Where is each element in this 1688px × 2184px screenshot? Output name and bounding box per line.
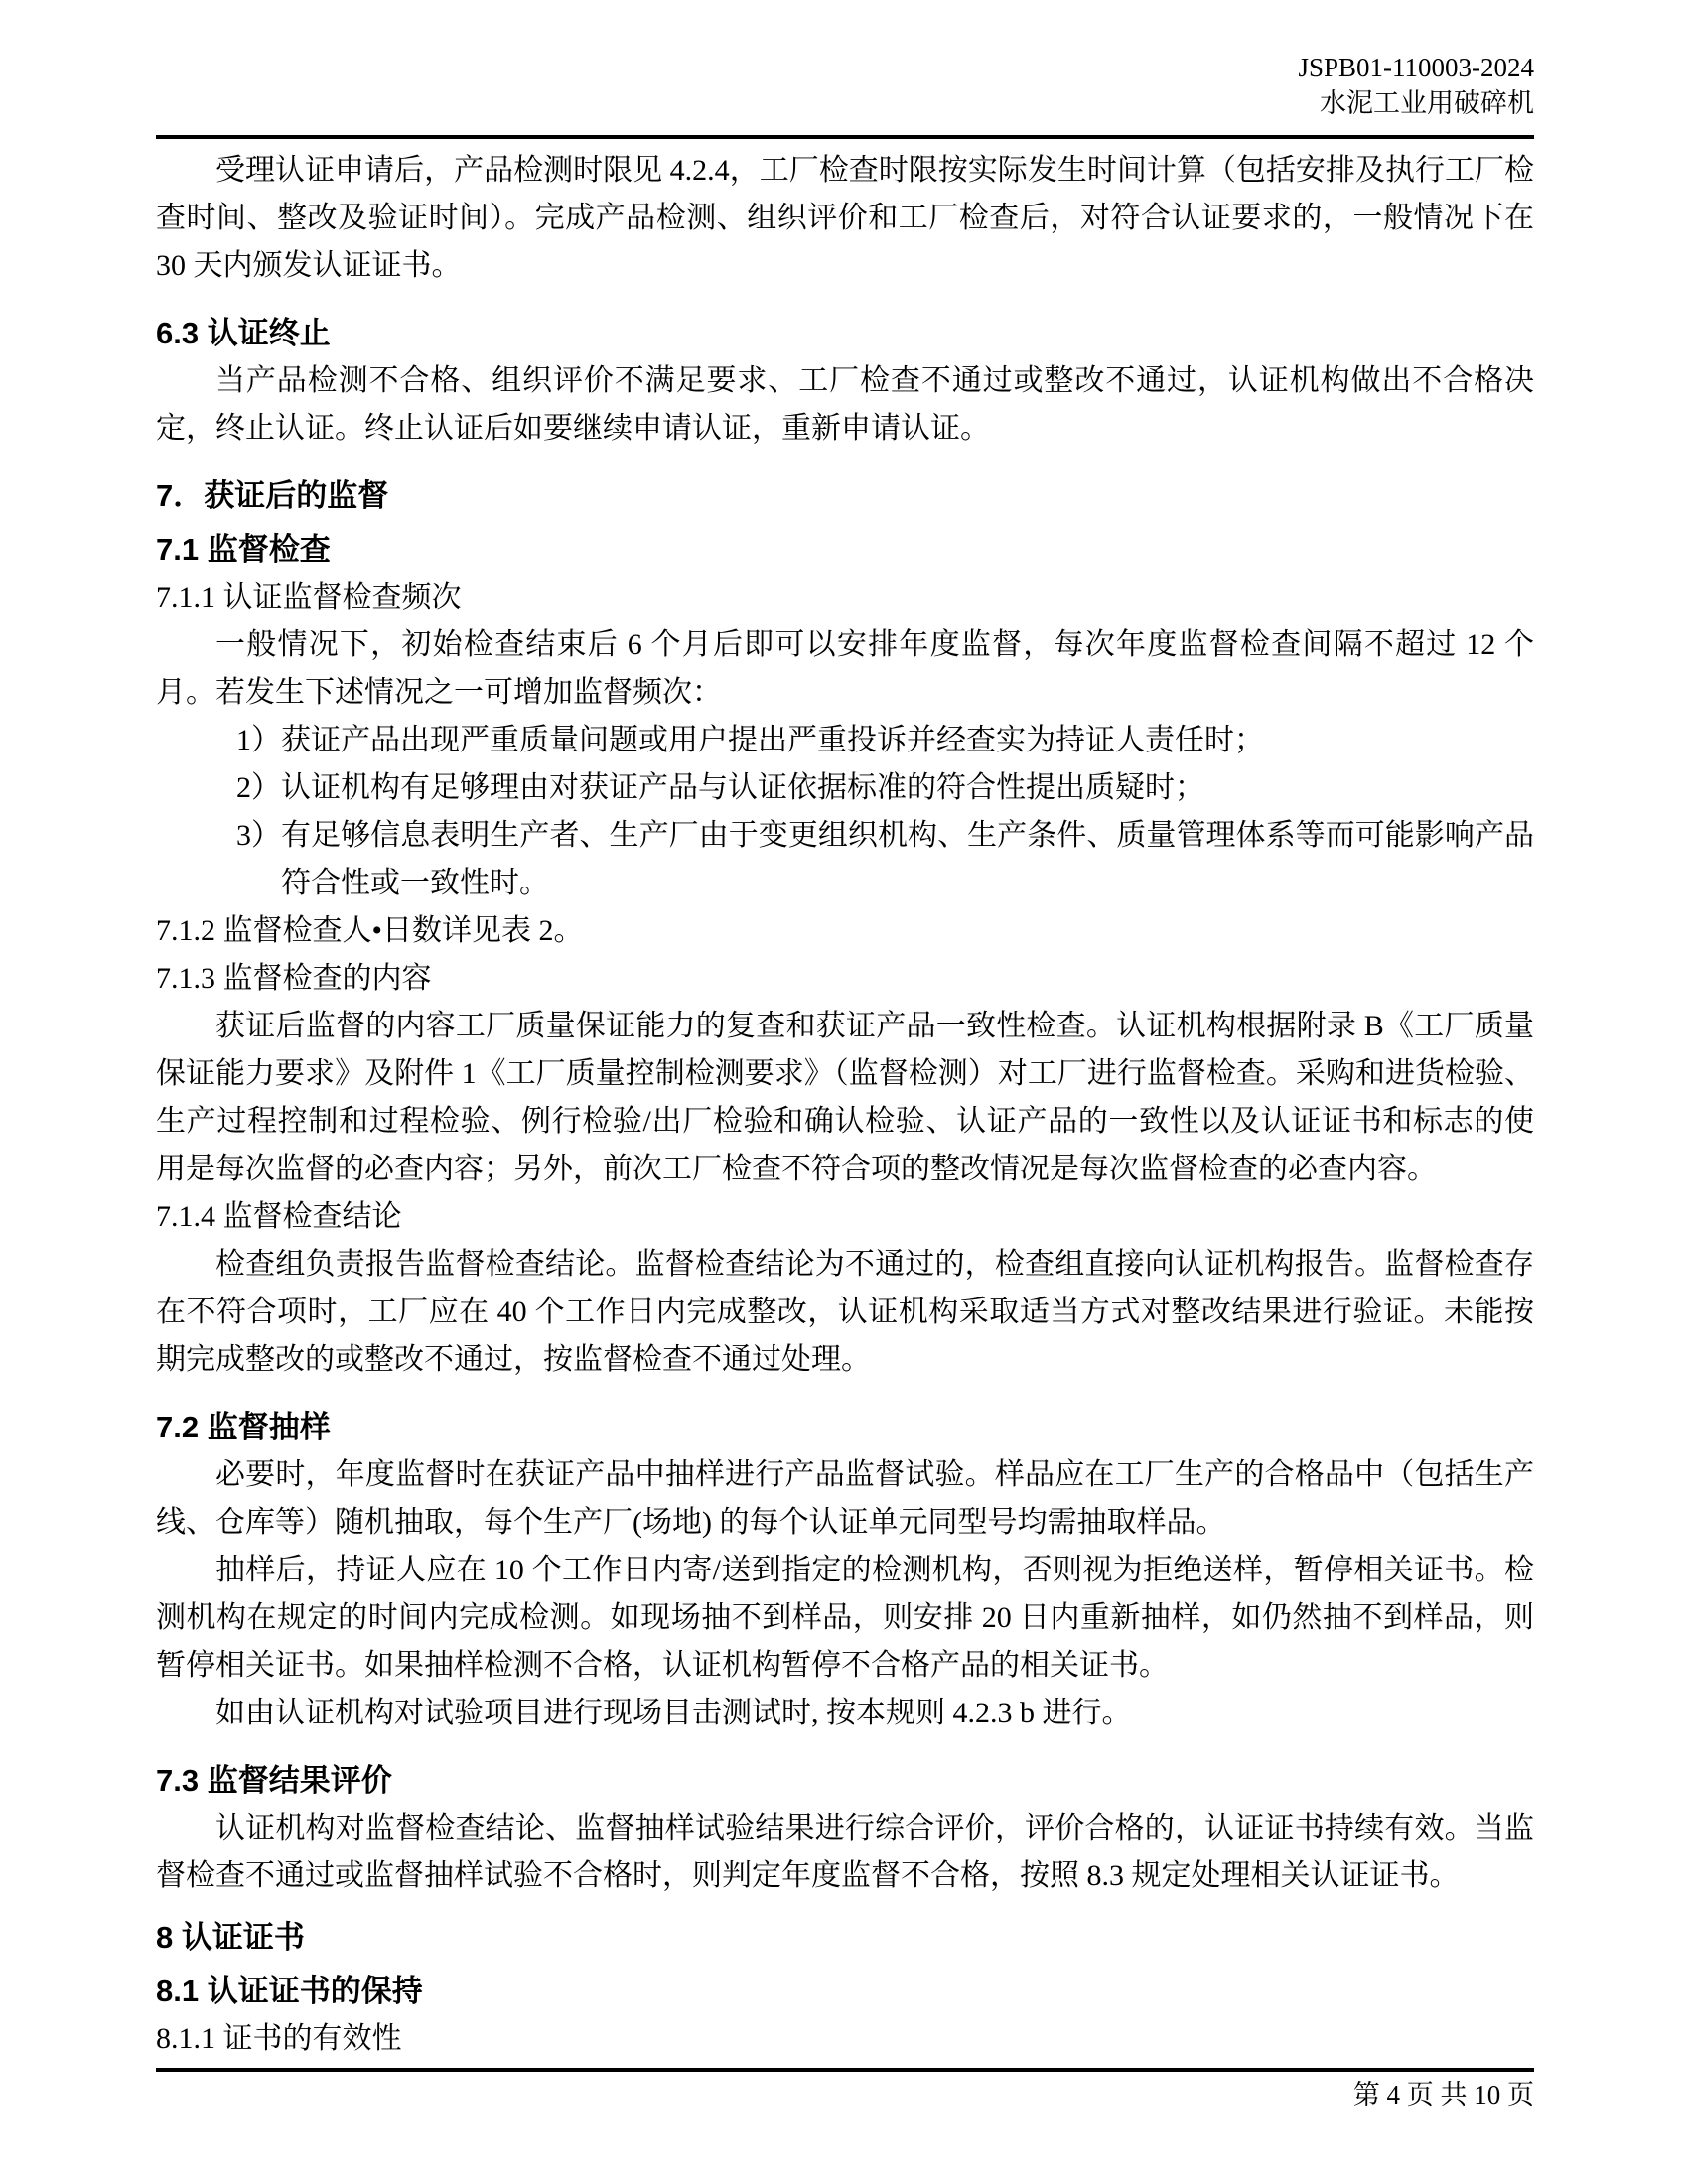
- list-item-text: 获证产品出现严重质量问题或用户提出严重投诉并经查实为持证人责任时；: [281, 717, 1534, 764]
- heading-7-1-2: 7.1.2 监督检查人•日数详见表 2。: [156, 907, 1534, 955]
- footer-rule: [156, 2068, 1534, 2072]
- heading-7-1-4: 7.1.4 监督检查结论: [156, 1193, 1534, 1241]
- header-rule: [156, 135, 1534, 139]
- list-item-number: 3）: [236, 812, 281, 907]
- document-code: JSPB01-110003-2024: [156, 50, 1534, 85]
- page-number: 第 4 页 共 10 页: [156, 2078, 1534, 2112]
- heading-7-1-1: 7.1.1 认证监督检查频次: [156, 574, 1534, 621]
- paragraph-6-3: 当产品检测不合格、组织评价不满足要求、工厂检查不通过或整改不通过，认证机构做出不…: [156, 357, 1534, 453]
- heading-7-1-3: 7.1.3 监督检查的内容: [156, 955, 1534, 1003]
- intro-paragraph: 受理认证申请后，产品检测时限见 4.2.4，工厂检查时限按实际发生时间计算（包括…: [156, 147, 1534, 290]
- heading-7: 7．获证后的监督: [156, 473, 1534, 520]
- heading-8-1-1: 8.1.1 证书的有效性: [156, 2015, 1534, 2063]
- page-footer: 第 4 页 共 10 页: [156, 2068, 1534, 2112]
- heading-8-1: 8.1 认证证书的保持: [156, 1968, 1534, 2015]
- list-item: 3） 有足够信息表明生产者、生产厂由于变更组织机构、生产条件、质量管理体系等而可…: [236, 812, 1534, 907]
- list-item-number: 1）: [236, 717, 281, 764]
- paragraph-7-2-1: 必要时，年度监督时在获证产品中抽样进行产品监督试验。样品应在工厂生产的合格品中（…: [156, 1451, 1534, 1547]
- paragraph-7-1-3: 获证后监督的内容工厂质量保证能力的复查和获证产品一致性检查。认证机构根据附录 B…: [156, 1003, 1534, 1193]
- document-name: 水泥工业用破碎机: [156, 85, 1534, 121]
- list-item: 2） 认证机构有足够理由对获证产品与认证依据标准的符合性提出质疑时；: [236, 764, 1534, 812]
- paragraph-7-3: 认证机构对监督检查结论、监督抽样试验结果进行综合评价，评价合格的，认证证书持续有…: [156, 1805, 1534, 1900]
- page-header: JSPB01-110003-2024 水泥工业用破碎机: [156, 50, 1534, 121]
- document-page: JSPB01-110003-2024 水泥工业用破碎机 受理认证申请后，产品检测…: [0, 0, 1688, 2184]
- document-body: 受理认证申请后，产品检测时限见 4.2.4，工厂检查时限按实际发生时间计算（包括…: [156, 147, 1534, 2063]
- heading-7-3: 7.3 监督结果评价: [156, 1757, 1534, 1805]
- list-item-number: 2）: [236, 764, 281, 812]
- list-item-text: 认证机构有足够理由对获证产品与认证依据标准的符合性提出质疑时；: [281, 764, 1534, 812]
- supervision-frequency-list: 1） 获证产品出现严重质量问题或用户提出严重投诉并经查实为持证人责任时； 2） …: [156, 717, 1534, 907]
- paragraph-7-1-1: 一般情况下，初始检查结束后 6 个月后即可以安排年度监督，每次年度监督检查间隔不…: [156, 621, 1534, 717]
- paragraph-7-1-4: 检查组负责报告监督检查结论。监督检查结论为不通过的，检查组直接向认证机构报告。监…: [156, 1241, 1534, 1384]
- list-item-text: 有足够信息表明生产者、生产厂由于变更组织机构、生产条件、质量管理体系等而可能影响…: [281, 812, 1534, 907]
- paragraph-7-2-2: 抽样后，持证人应在 10 个工作日内寄/送到指定的检测机构，否则视为拒绝送样，暂…: [156, 1547, 1534, 1690]
- heading-8: 8 认证证书: [156, 1914, 1534, 1962]
- heading-7-2: 7.2 监督抽样: [156, 1404, 1534, 1451]
- list-item: 1） 获证产品出现严重质量问题或用户提出严重投诉并经查实为持证人责任时；: [236, 717, 1534, 764]
- paragraph-7-2-3: 如由认证机构对试验项目进行现场目击测试时, 按本规则 4.2.3 b 进行。: [156, 1690, 1534, 1737]
- heading-6-3: 6.3 认证终止: [156, 310, 1534, 357]
- heading-7-1: 7.1 监督检查: [156, 526, 1534, 574]
